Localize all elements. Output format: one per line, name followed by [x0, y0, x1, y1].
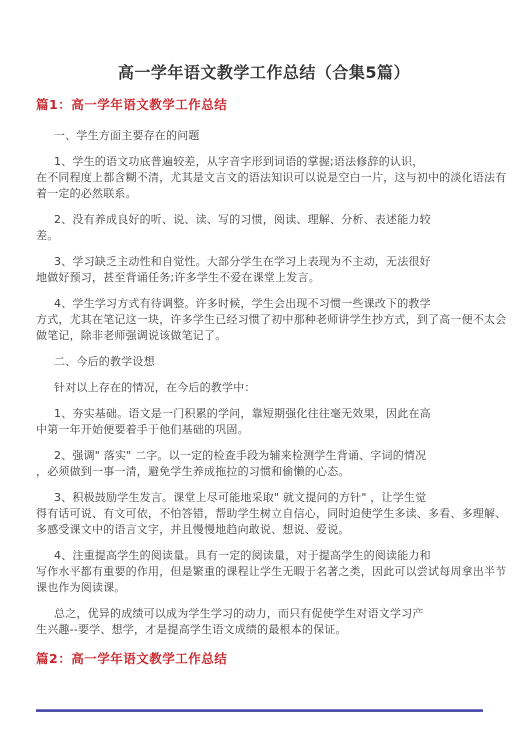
section-1-paragraph-8: 1、夯实基础。语文是一门积累的学问，靠短期强化往往毫无效果，因此在高 中第一年开… — [36, 406, 492, 438]
article-section-2: 篇2：高一学年语文教学工作总结 — [36, 651, 492, 666]
section-1-paragraph-1: 一、学生方面主要存在的问题 — [36, 128, 492, 144]
article-section-1: 篇1：高一学年语文教学工作总结 一、学生方面主要存在的问题 1、学生的语文功底普… — [36, 97, 492, 638]
section-1-paragraph-5: 4、学生学习方式有待调整。许多时候，学生会出现不习惯一些课改下的教学 方式，尤其… — [36, 296, 492, 344]
footer-divider — [36, 709, 483, 712]
document-title: 高一学年语文教学工作总结（合集5篇） — [36, 62, 492, 84]
section-1-paragraph-12: 总之，优异的成绩可以成为学生学习的动力，而只有促使学生对语文学习产 生兴趣--要… — [36, 606, 492, 638]
section-1-paragraph-11: 4、注重提高学生的阅读量。具有一定的阅读量，对于提高学生的阅读能力和 写作水平都… — [36, 548, 492, 596]
section-1-paragraph-4: 3、学习缺乏主动性和自觉性。大部分学生在学习上表现为不主动，无法很好 地做好预习… — [36, 254, 492, 286]
document-content: 高一学年语文教学工作总结（合集5篇） 篇1：高一学年语文教学工作总结 一、学生方… — [0, 0, 520, 666]
document-page: 高一学年语文教学工作总结（合集5篇） 篇1：高一学年语文教学工作总结 一、学生方… — [0, 0, 520, 736]
section-2-heading: 篇2：高一学年语文教学工作总结 — [36, 651, 492, 666]
section-1-paragraph-3: 2、没有养成良好的听、说、读、写的习惯，阅读、理解、分析、表述能力较 差。 — [36, 212, 492, 244]
section-1-paragraph-9: 2、强调" 落实" 二字。以一定的检查手段为辅来检测学生背诵、字词的情况 ，必须… — [36, 448, 492, 480]
section-1-paragraph-6: 二、今后的教学设想 — [36, 354, 492, 370]
section-1-heading: 篇1：高一学年语文教学工作总结 — [36, 97, 492, 112]
section-1-paragraph-10: 3、积极鼓励学生发言。课堂上尽可能地采取" 就文提问的方针" ，让学生觉 得有话… — [36, 490, 492, 538]
section-1-paragraph-7: 针对以上存在的情况，在今后的教学中： — [36, 380, 492, 396]
section-1-paragraph-2: 1、学生的语文功底普遍较差，从字音字形到词语的掌握;语法修辞的认识， 在不同程度… — [36, 154, 492, 202]
